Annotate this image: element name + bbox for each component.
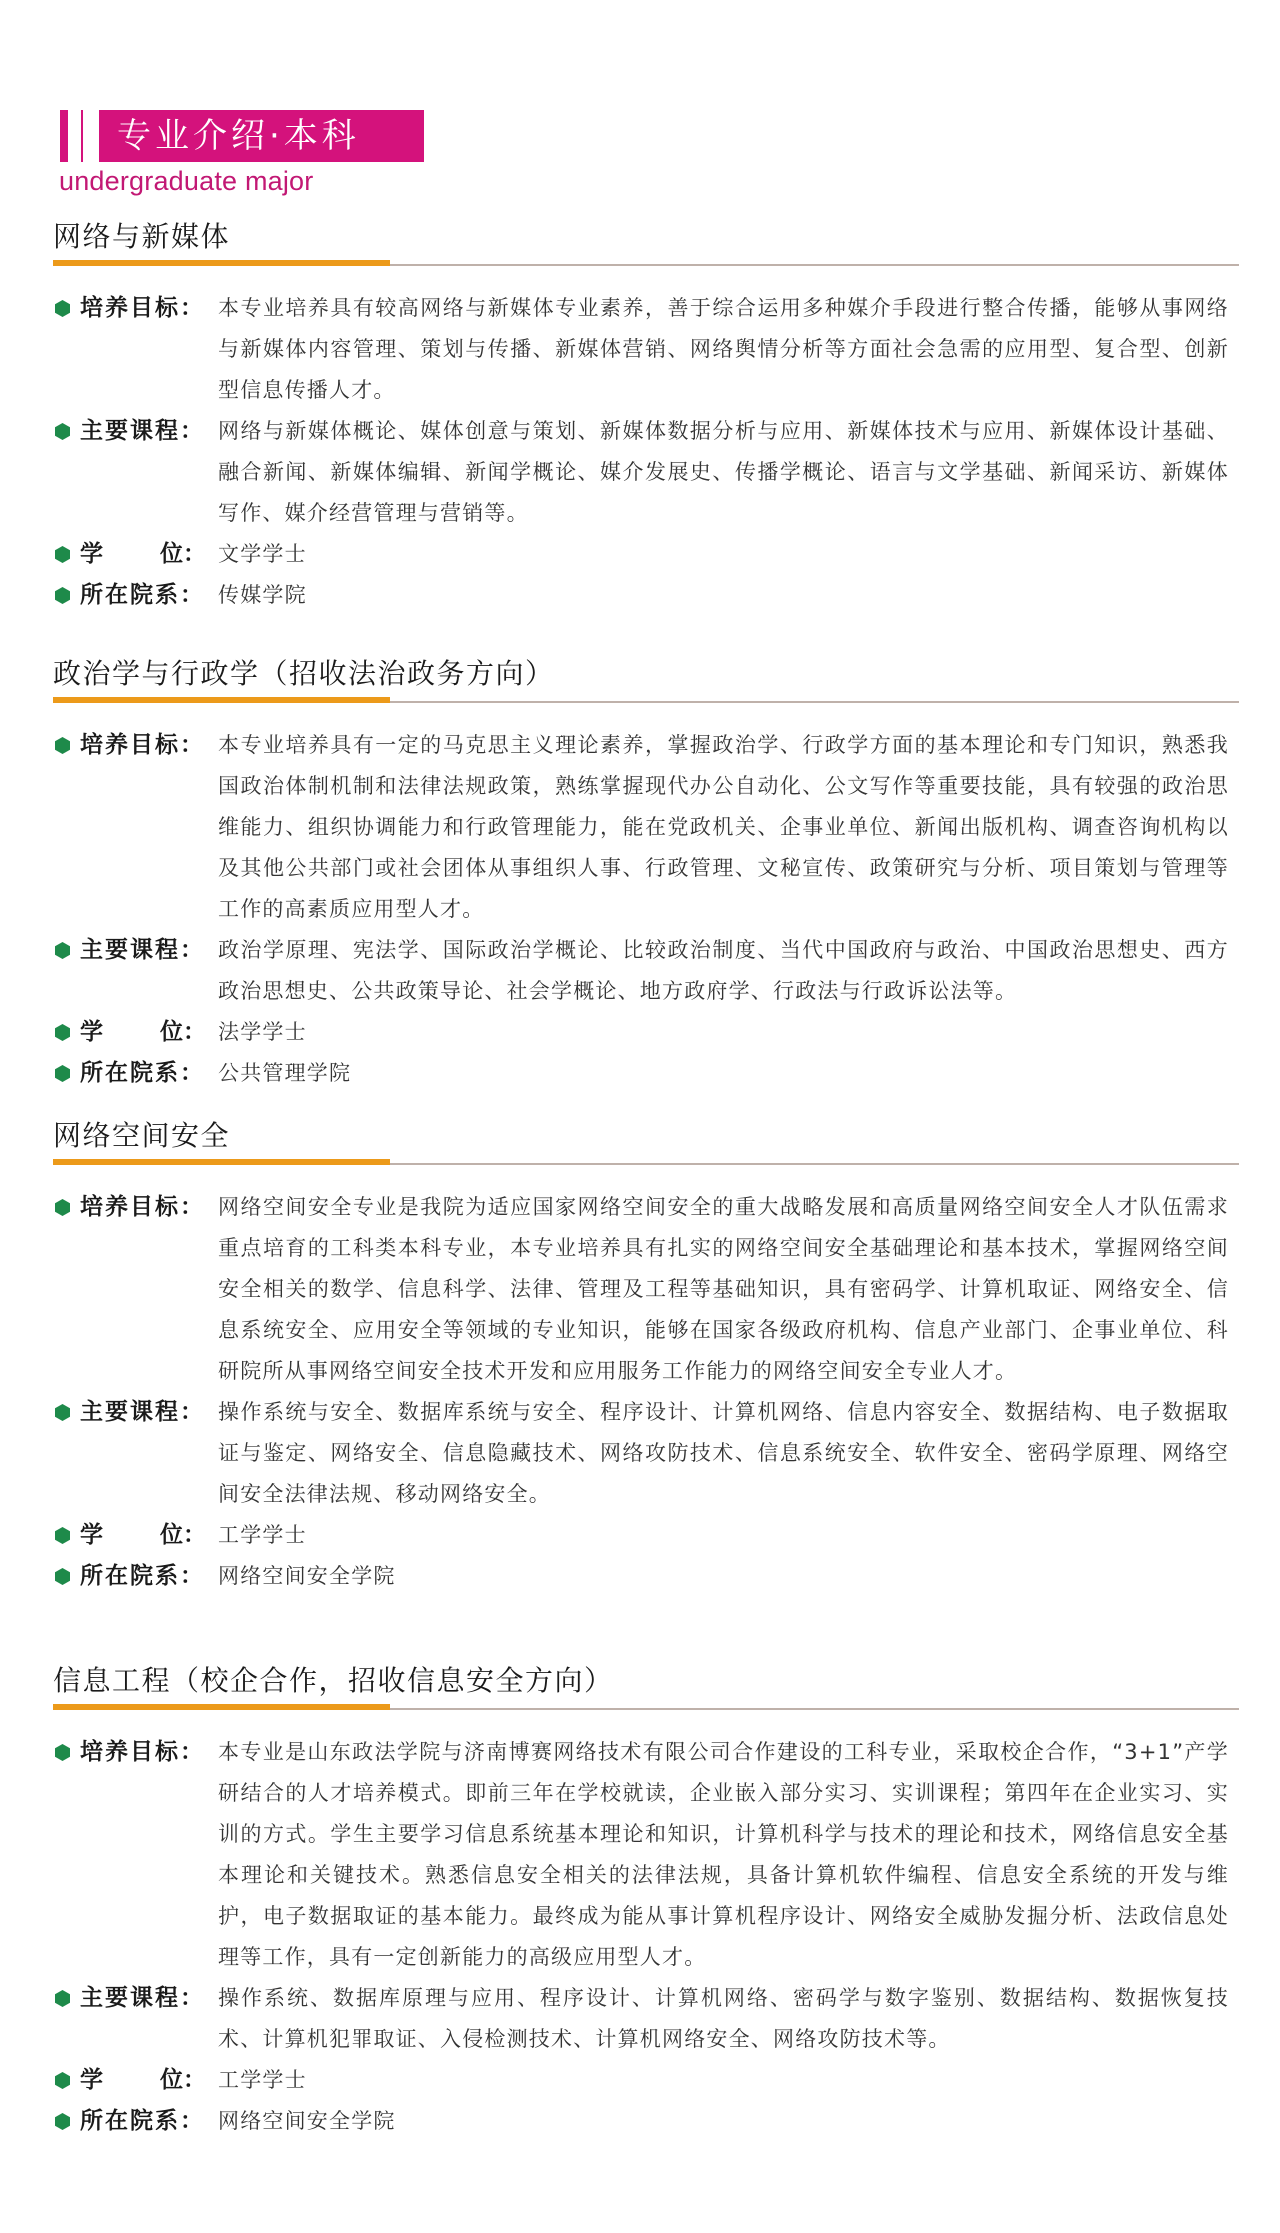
- hexagon-bullet-icon: [55, 1024, 70, 1041]
- college-text: 网络空间安全学院: [218, 1556, 1239, 1597]
- hexagon-bullet-icon: [55, 1568, 70, 1585]
- hexagon-bullet-icon: [55, 300, 70, 317]
- hexagon-bullet-icon: [55, 942, 70, 959]
- degree-label: 学位：: [80, 534, 206, 575]
- major-section: 信息工程（校企合作，招收信息安全方向） 培养目标： 本专业是山东政法学院与济南博…: [53, 1662, 1239, 2142]
- degree-label: 学位：: [80, 1012, 206, 1053]
- degree-field: 学位： 文学学士: [53, 534, 1239, 575]
- courses-label: 主要课程：: [80, 930, 218, 971]
- college-field: 所在院系： 网络空间安全学院: [53, 2101, 1239, 2142]
- degree-field: 学位： 工学学士: [53, 2060, 1239, 2101]
- major-section: 政治学与行政学（招收法治政务方向） 培养目标： 本专业培养具有一定的马克思主义理…: [53, 655, 1239, 1094]
- goal-text: 本专业是山东政法学院与济南博赛网络技术有限公司合作建设的工科专业，采取校企合作，…: [218, 1732, 1239, 1978]
- major-section: 网络与新媒体 培养目标： 本专业培养具有较高网络与新媒体专业素养，善于综合运用多…: [53, 218, 1239, 616]
- courses-label: 主要课程：: [80, 1392, 218, 1433]
- courses-field: 主要课程： 政治学原理、宪法学、国际政治学概论、比较政治制度、当代中国政府与政治…: [53, 930, 1239, 1012]
- degree-text: 工学学士: [218, 2060, 1239, 2101]
- major-section: 网络空间安全 培养目标： 网络空间安全专业是我院为适应国家网络空间安全的重大战略…: [53, 1117, 1239, 1597]
- courses-label: 主要课程：: [80, 411, 218, 452]
- college-label: 所在院系：: [80, 1556, 218, 1597]
- degree-field: 学位： 工学学士: [53, 1515, 1239, 1556]
- goal-label: 培养目标：: [80, 1187, 218, 1228]
- courses-field: 主要课程： 网络与新媒体概论、媒体创意与策划、新媒体数据分析与应用、新媒体技术与…: [53, 411, 1239, 534]
- college-label: 所在院系：: [80, 2101, 218, 2142]
- goal-field: 培养目标： 本专业是山东政法学院与济南博赛网络技术有限公司合作建设的工科专业，采…: [53, 1732, 1239, 1978]
- courses-label: 主要课程：: [80, 1978, 218, 2019]
- college-text: 公共管理学院: [218, 1053, 1239, 1094]
- degree-text: 工学学士: [218, 1515, 1239, 1556]
- college-field: 所在院系： 网络空间安全学院: [53, 1556, 1239, 1597]
- goal-text: 网络空间安全专业是我院为适应国家网络空间安全的重大战略发展和高质量网络空间安全人…: [218, 1187, 1239, 1392]
- college-field: 所在院系： 公共管理学院: [53, 1053, 1239, 1094]
- hexagon-bullet-icon: [55, 1744, 70, 1761]
- goal-label: 培养目标：: [80, 725, 218, 766]
- goal-label: 培养目标：: [80, 1732, 218, 1773]
- hexagon-bullet-icon: [55, 1199, 70, 1216]
- goal-label: 培养目标：: [80, 288, 218, 329]
- hexagon-bullet-icon: [55, 1404, 70, 1421]
- major-title: 网络与新媒体: [53, 218, 1239, 256]
- hexagon-bullet-icon: [55, 1990, 70, 2007]
- courses-field: 主要课程： 操作系统与安全、数据库系统与安全、程序设计、计算机网络、信息内容安全…: [53, 1392, 1239, 1515]
- major-title: 网络空间安全: [53, 1117, 1239, 1155]
- hexagon-bullet-icon: [55, 1527, 70, 1544]
- header-accent-bar: [60, 110, 68, 162]
- goal-text: 本专业培养具有一定的马克思主义理论素养，掌握政治学、行政学方面的基本理论和专门知…: [218, 725, 1239, 930]
- major-title: 信息工程（校企合作，招收信息安全方向）: [53, 1662, 1239, 1700]
- degree-label: 学位：: [80, 1515, 206, 1556]
- hexagon-bullet-icon: [55, 546, 70, 563]
- college-label: 所在院系：: [80, 575, 218, 616]
- section-divider: [53, 1704, 1239, 1710]
- hexagon-bullet-icon: [55, 587, 70, 604]
- goal-field: 培养目标： 网络空间安全专业是我院为适应国家网络空间安全的重大战略发展和高质量网…: [53, 1187, 1239, 1392]
- major-title: 政治学与行政学（招收法治政务方向）: [53, 655, 1239, 693]
- goal-field: 培养目标： 本专业培养具有一定的马克思主义理论素养，掌握政治学、行政学方面的基本…: [53, 725, 1239, 930]
- goal-field: 培养目标： 本专业培养具有较高网络与新媒体专业素养，善于综合运用多种媒介手段进行…: [53, 288, 1239, 411]
- college-label: 所在院系：: [80, 1053, 218, 1094]
- goal-text: 本专业培养具有较高网络与新媒体专业素养，善于综合运用多种媒介手段进行整合传播，能…: [218, 288, 1239, 411]
- college-text: 传媒学院: [218, 575, 1239, 616]
- header-accent-line: [81, 110, 83, 162]
- hexagon-bullet-icon: [55, 2072, 70, 2089]
- college-field: 所在院系： 传媒学院: [53, 575, 1239, 616]
- courses-text: 操作系统、数据库原理与应用、程序设计、计算机网络、密码学与数字鉴别、数据结构、数…: [218, 1978, 1239, 2060]
- section-divider: [53, 260, 1239, 266]
- courses-text: 网络与新媒体概论、媒体创意与策划、新媒体数据分析与应用、新媒体技术与应用、新媒体…: [218, 411, 1239, 534]
- page-title: 专业介绍·本科: [99, 110, 424, 162]
- hexagon-bullet-icon: [55, 737, 70, 754]
- degree-field: 学位： 法学学士: [53, 1012, 1239, 1053]
- courses-text: 政治学原理、宪法学、国际政治学概论、比较政治制度、当代中国政府与政治、中国政治思…: [218, 930, 1239, 1012]
- courses-text: 操作系统与安全、数据库系统与安全、程序设计、计算机网络、信息内容安全、数据结构、…: [218, 1392, 1239, 1515]
- section-divider: [53, 697, 1239, 703]
- degree-label: 学位：: [80, 2060, 206, 2101]
- hexagon-bullet-icon: [55, 423, 70, 440]
- college-text: 网络空间安全学院: [218, 2101, 1239, 2142]
- page-header: 专业介绍·本科: [60, 110, 424, 162]
- degree-text: 文学学士: [218, 534, 1239, 575]
- page-subtitle: undergraduate major: [59, 166, 313, 197]
- courses-field: 主要课程： 操作系统、数据库原理与应用、程序设计、计算机网络、密码学与数字鉴别、…: [53, 1978, 1239, 2060]
- section-divider: [53, 1159, 1239, 1165]
- degree-text: 法学学士: [218, 1012, 1239, 1053]
- hexagon-bullet-icon: [55, 1065, 70, 1082]
- hexagon-bullet-icon: [55, 2113, 70, 2130]
